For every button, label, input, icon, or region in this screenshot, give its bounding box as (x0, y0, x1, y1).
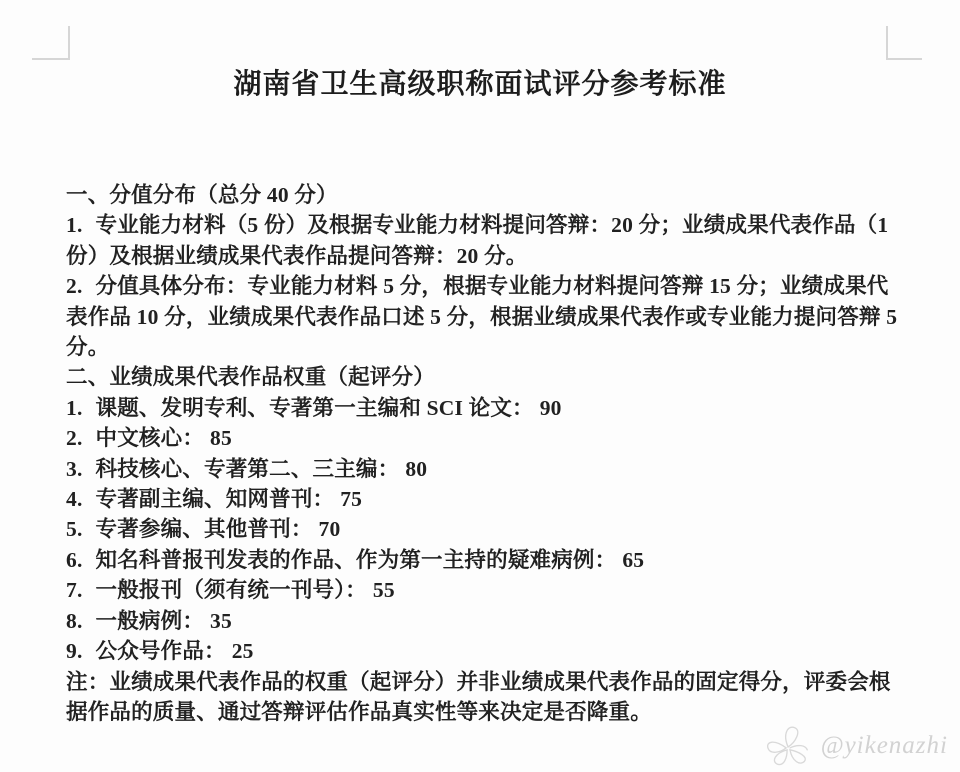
item-score: 65 (622, 548, 644, 572)
item-score: 25 (232, 639, 254, 663)
item-number: 2. (66, 423, 83, 453)
weight-item-3: 3.科技核心、专著第二、三主编：80 (66, 454, 898, 484)
item-number: 8. (66, 606, 83, 636)
weight-item-9: 9.公众号作品：25 (66, 636, 898, 666)
item-number: 4. (66, 484, 83, 514)
weight-item-5: 5.专著参编、其他普刊：70 (66, 514, 898, 544)
weight-item-1: 1.课题、发明专利、专著第一主编和 SCI 论文：90 (66, 393, 898, 423)
item-number: 5. (66, 514, 83, 544)
item-label: 公众号作品： (96, 639, 226, 663)
item-number: 9. (66, 636, 83, 666)
page-corner-mark-top-right (886, 26, 922, 60)
item-score: 70 (319, 517, 341, 541)
section-1-heading: 一、分值分布（总分 40 分） (66, 180, 898, 210)
page-corner-mark-top-left (32, 26, 70, 60)
weight-item-8: 8.一般病例：35 (66, 606, 898, 636)
item-label: 一般报刊（须有统一刊号）： (96, 578, 367, 602)
watermark: @yikenazhi (763, 722, 948, 770)
weight-item-2: 2.中文核心：85 (66, 423, 898, 453)
paragraph-text: 分值具体分布：专业能力材料 5 分，根据专业能力材料提问答辩 15 分；业绩成果… (66, 274, 897, 359)
item-score: 35 (210, 609, 232, 633)
paragraph-number: 1. (66, 210, 83, 240)
paragraph-number: 2. (66, 271, 83, 301)
section-1-paragraph-1: 1.专业能力材料（5 份）及根据专业能力材料提问答辩：20 分；业绩成果代表作品… (66, 210, 898, 271)
flower-icon (763, 722, 817, 770)
item-label: 课题、发明专利、专著第一主编和 SCI 论文： (96, 396, 534, 420)
section-1-paragraph-2: 2.分值具体分布：专业能力材料 5 分，根据专业能力材料提问答辩 15 分；业绩… (66, 271, 898, 362)
item-label: 科技核心、专著第二、三主编： (96, 457, 400, 481)
item-number: 3. (66, 454, 83, 484)
item-score: 85 (210, 426, 232, 450)
section-2-heading: 二、业绩成果代表作品权重（起评分） (66, 362, 898, 392)
watermark-handle: @yikenazhi (821, 732, 948, 760)
document-page: 湖南省卫生高级职称面试评分参考标准 一、分值分布（总分 40 分） 1.专业能力… (0, 0, 960, 772)
item-score: 90 (540, 396, 562, 420)
item-label: 专著副主编、知网普刊： (96, 487, 335, 511)
item-score: 55 (373, 578, 395, 602)
weight-item-7: 7.一般报刊（须有统一刊号）：55 (66, 575, 898, 605)
item-number: 1. (66, 393, 83, 423)
item-number: 7. (66, 575, 83, 605)
weight-item-6: 6.知名科普报刊发表的作品、作为第一主持的疑难病例：65 (66, 545, 898, 575)
item-score: 80 (405, 457, 427, 481)
weight-item-4: 4.专著副主编、知网普刊：75 (66, 484, 898, 514)
item-score: 75 (340, 487, 362, 511)
document-title: 湖南省卫生高级职称面试评分参考标准 (0, 62, 960, 102)
item-number: 6. (66, 545, 83, 575)
item-label: 知名科普报刊发表的作品、作为第一主持的疑难病例： (96, 548, 617, 572)
document-body: 一、分值分布（总分 40 分） 1.专业能力材料（5 份）及根据专业能力材料提问… (66, 180, 898, 727)
paragraph-text: 专业能力材料（5 份）及根据专业能力材料提问答辩：20 分；业绩成果代表作品（1… (66, 213, 888, 267)
item-label: 专著参编、其他普刊： (96, 517, 313, 541)
item-label: 中文核心： (96, 426, 205, 450)
footnote: 注：业绩成果代表作品的权重（起评分）并非业绩成果代表作品的固定得分，评委会根据作… (66, 667, 898, 728)
item-label: 一般病例： (96, 609, 205, 633)
